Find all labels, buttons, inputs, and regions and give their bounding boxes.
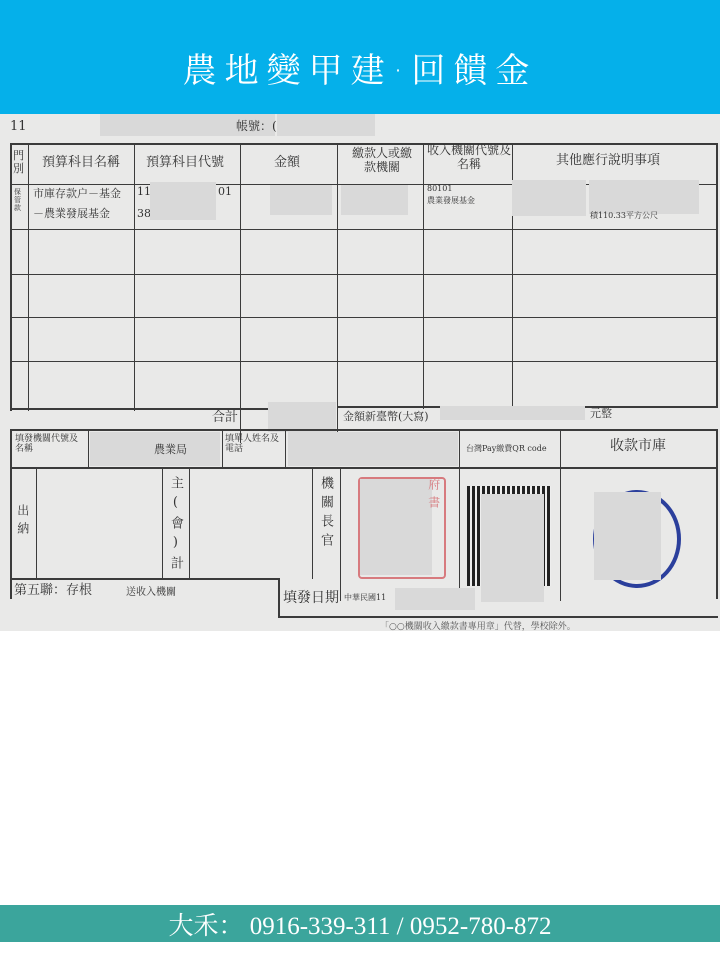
copy-label: 第五聯：存根: [14, 584, 92, 599]
page-title: 農地變甲建·回饋金: [183, 43, 538, 92]
row-category: 保管款: [14, 188, 24, 212]
redacted-date: [395, 588, 475, 610]
row-notes-tail: 積110.33平方公尺: [590, 211, 658, 220]
col-header-payer: 繳款人或繳款機關: [352, 147, 412, 175]
date-value: 中華民國11: [344, 593, 386, 602]
treasury-label: 收款市庫: [610, 438, 666, 454]
col-header-category: 門別: [13, 150, 27, 175]
qr-label: 台灣Pay繳費QR code: [466, 444, 547, 453]
col-header-budget-name: 預算科目名稱: [42, 156, 120, 171]
seal-text: 府書: [426, 478, 440, 514]
redacted-qr: [481, 494, 544, 602]
redacted-treasury-seal: [594, 492, 661, 580]
redacted-filler: [288, 432, 458, 466]
issuer-label: 填發機關代號及名稱: [15, 434, 85, 455]
cashier-label: 出納: [15, 504, 29, 574]
row-agency-name: 農業發展基金: [427, 196, 475, 205]
col-header-amount: 金額: [274, 156, 300, 171]
redacted-area: [150, 182, 216, 220]
row-budget-name-2: －農業發展基金: [33, 208, 110, 221]
redacted-notes: [512, 180, 586, 216]
redacted-amount: [270, 185, 332, 215]
amount-words-suffix: 元整: [590, 408, 612, 421]
row-agency-code: 80101: [427, 184, 452, 193]
redacted-total: [268, 402, 336, 432]
copy-destination: 送收入機關: [126, 587, 176, 599]
bottom-note: 「○○機關收入繳款書專用章」代替，學校除外。: [380, 622, 576, 631]
col-header-budget-code: 預算科目代號: [146, 156, 224, 171]
row-budget-name-1: 市庫存款户－基金: [33, 188, 121, 201]
date-label: 填發日期: [283, 590, 339, 606]
accounting-label: 主(會)計: [167, 476, 182, 576]
redacted-amount-words: [440, 406, 585, 420]
title-banner: 農地變甲建·回饋金: [0, 0, 720, 114]
redacted-notes: [589, 180, 699, 214]
contact-phones: 大禾： 0916-339-311 / 0952-780-872: [168, 906, 551, 942]
row-budget-code-1: 11: [137, 186, 151, 199]
slip-number: 11: [10, 120, 27, 135]
col-header-agency-code: 收入機關代號及名稱: [427, 144, 511, 172]
row-budget-code-2: 38: [137, 208, 151, 221]
amount-words-label: 金額新臺幣(大寫): [343, 411, 429, 424]
row-budget-code-end: 01: [218, 186, 232, 199]
contact-banner: 大禾： 0916-339-311 / 0952-780-872: [0, 905, 720, 942]
issuer-name: 農業局: [154, 444, 187, 457]
account-label: 帳號：(: [236, 120, 277, 134]
col-header-notes: 其他應行說明事項: [556, 154, 660, 169]
filler-label: 填單人姓名及電話: [225, 434, 283, 455]
redacted-area: [277, 114, 375, 136]
redacted-seal: [360, 479, 432, 575]
total-label: 合計: [212, 411, 238, 426]
redacted-payer: [341, 185, 408, 215]
chief-label: 機關長官: [317, 476, 332, 576]
payment-slip-photo: 11 帳號：( 門別 預算科目名稱 預算科目代號 金額 繳款人或繳款機關 收入機…: [0, 114, 720, 631]
